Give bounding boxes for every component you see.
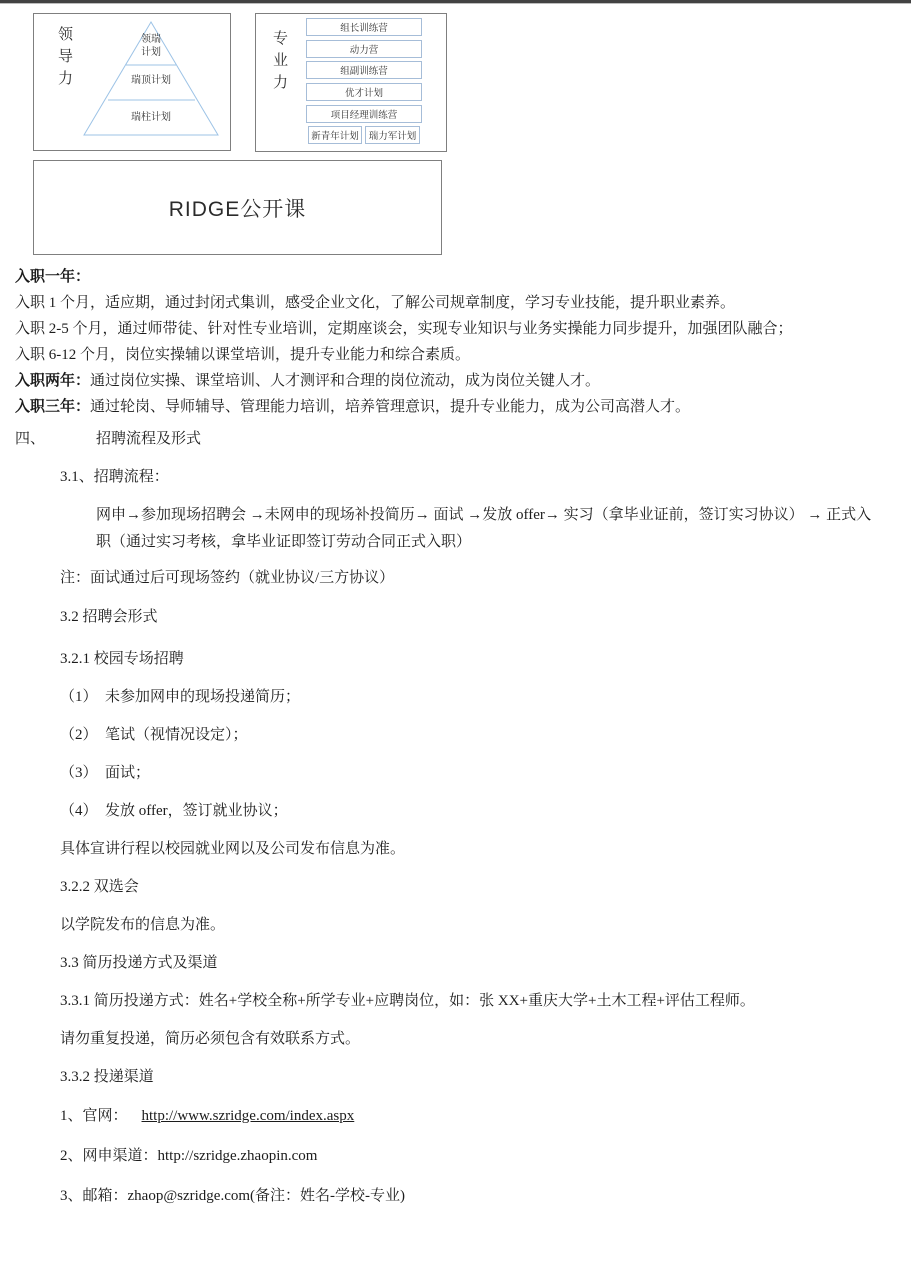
resume-format-text: 3.3.1 简历投递方式：姓名+学校全称+所学专业+应聘岗位，如：张 XX+重庆…: [0, 988, 911, 1014]
section-4-heading: 四、招聘流程及形式: [0, 426, 911, 452]
campus-item-3: （3） 面试；: [0, 760, 911, 786]
section-4-title: 招聘流程及形式: [96, 431, 201, 447]
program-box-deputy-camp: 组副训练营: [306, 61, 422, 79]
leadership-diagram-box: 领导力 领瑞计划 瑞顶计划 瑞柱计划: [33, 13, 231, 151]
campus-item-1: （1） 未参加网申的现场投递简历；: [0, 684, 911, 710]
year-one-line-3: 入职 6-12 个月，岗位实操辅以课堂培训，提升专业能力和综合素质。: [0, 342, 911, 368]
heading-year-two: 入职两年：: [15, 373, 90, 389]
open-course-box: RIDGE公开课: [33, 160, 442, 255]
program-box-ridge-force: 瑞力军计划: [365, 126, 420, 144]
year-three-text: 通过轮岗、导师辅导、管理能力培训，培养管理意识，提升专业能力，成为公司高潜人才。: [90, 399, 690, 415]
heading-3-3: 3.3 简历投递方式及渠道: [0, 950, 911, 976]
heading-3-2-2: 3.2.2 双选会: [0, 874, 911, 900]
website-url-link[interactable]: http://www.szridge.com/index.aspx: [142, 1108, 355, 1124]
program-box-pm-camp: 项目经理训练营: [306, 105, 422, 123]
pyramid-tier-bottom: 瑞柱计划: [111, 111, 191, 124]
channel-website: 1、官网：http://www.szridge.com/index.aspx: [0, 1103, 911, 1129]
document-page: 领导力 领瑞计划 瑞顶计划 瑞柱计划 专业力 组长训练营 动力营 组副训练营 优…: [0, 0, 911, 1275]
section-4-number: 四、: [15, 426, 96, 452]
heading-3-3-2: 3.3.2 投递渠道: [0, 1064, 911, 1090]
campus-item-4: （4） 发放 offer，签订就业协议；: [0, 798, 911, 824]
pyramid-tier-top: 领瑞计划: [137, 33, 165, 59]
program-box-leader-camp: 组长训练营: [306, 18, 422, 36]
lecture-note: 具体宣讲行程以校园就业网以及公司发布信息为准。: [0, 836, 911, 862]
paragraph-year-two: 入职两年：通过岗位实操、课堂培训、人才测评和合理的岗位流动，成为岗位关键人才。: [0, 368, 911, 394]
year-one-line-1: 入职 1 个月，适应期，通过封闭式集训，感受企业文化，了解公司规章制度，学习专业…: [0, 290, 911, 316]
year-two-text: 通过岗位实操、课堂培训、人才测评和合理的岗位流动，成为岗位关键人才。: [90, 373, 600, 389]
heading-year-one: 入职一年：: [0, 264, 911, 290]
page-top-border: [0, 0, 911, 4]
program-box-power-camp: 动力营: [306, 40, 422, 58]
heading-3-1: 3.1、招聘流程：: [0, 464, 911, 490]
recruitment-flow-text: 网申→参加现场招聘会 →未网申的现场补投简历→ 面试 →发放 offer→ 实习…: [0, 502, 911, 556]
open-course-label: RIDGE公开课: [169, 193, 307, 223]
paragraph-year-three: 入职三年：通过轮岗、导师辅导、管理能力培训，培养管理意识，提升专业能力，成为公司…: [0, 394, 911, 420]
program-box-talent-plan: 优才计划: [306, 83, 422, 101]
professional-label: 专业力: [269, 30, 290, 96]
program-box-new-youth: 新青年计划: [308, 126, 362, 144]
professional-diagram-box: 专业力 组长训练营 动力营 组副训练营 优才计划 项目经理训练营 新青年计划 瑞…: [255, 13, 447, 152]
year-one-line-2: 入职 2-5 个月，通过师带徒、针对性专业培训，定期座谈会，实现专业知识与业务实…: [0, 316, 911, 342]
college-note: 以学院发布的信息为准。: [0, 912, 911, 938]
channel-website-prefix: 1、官网：: [60, 1108, 128, 1124]
no-repeat-note: 请勿重复投递，简历必须包含有效联系方式。: [0, 1026, 911, 1052]
pyramid-tier-middle: 瑞顶计划: [111, 74, 191, 87]
channel-email: 3、邮箱：zhaop@szridge.com(备注：姓名-学校-专业): [0, 1183, 911, 1209]
document-body: 入职一年： 入职 1 个月，适应期，通过封闭式集训，感受企业文化，了解公司规章制…: [0, 264, 911, 1209]
flow-note: 注：面试通过后可现场签约（就业协议/三方协议）: [0, 565, 911, 591]
heading-year-three: 入职三年：: [15, 399, 90, 415]
heading-3-2-1: 3.2.1 校园专场招聘: [0, 646, 911, 672]
campus-item-2: （2） 笔试（视情况设定）；: [0, 722, 911, 748]
heading-3-2: 3.2 招聘会形式: [0, 604, 911, 630]
channel-zhaopin: 2、网申渠道：http://szridge.zhaopin.com: [0, 1143, 911, 1169]
